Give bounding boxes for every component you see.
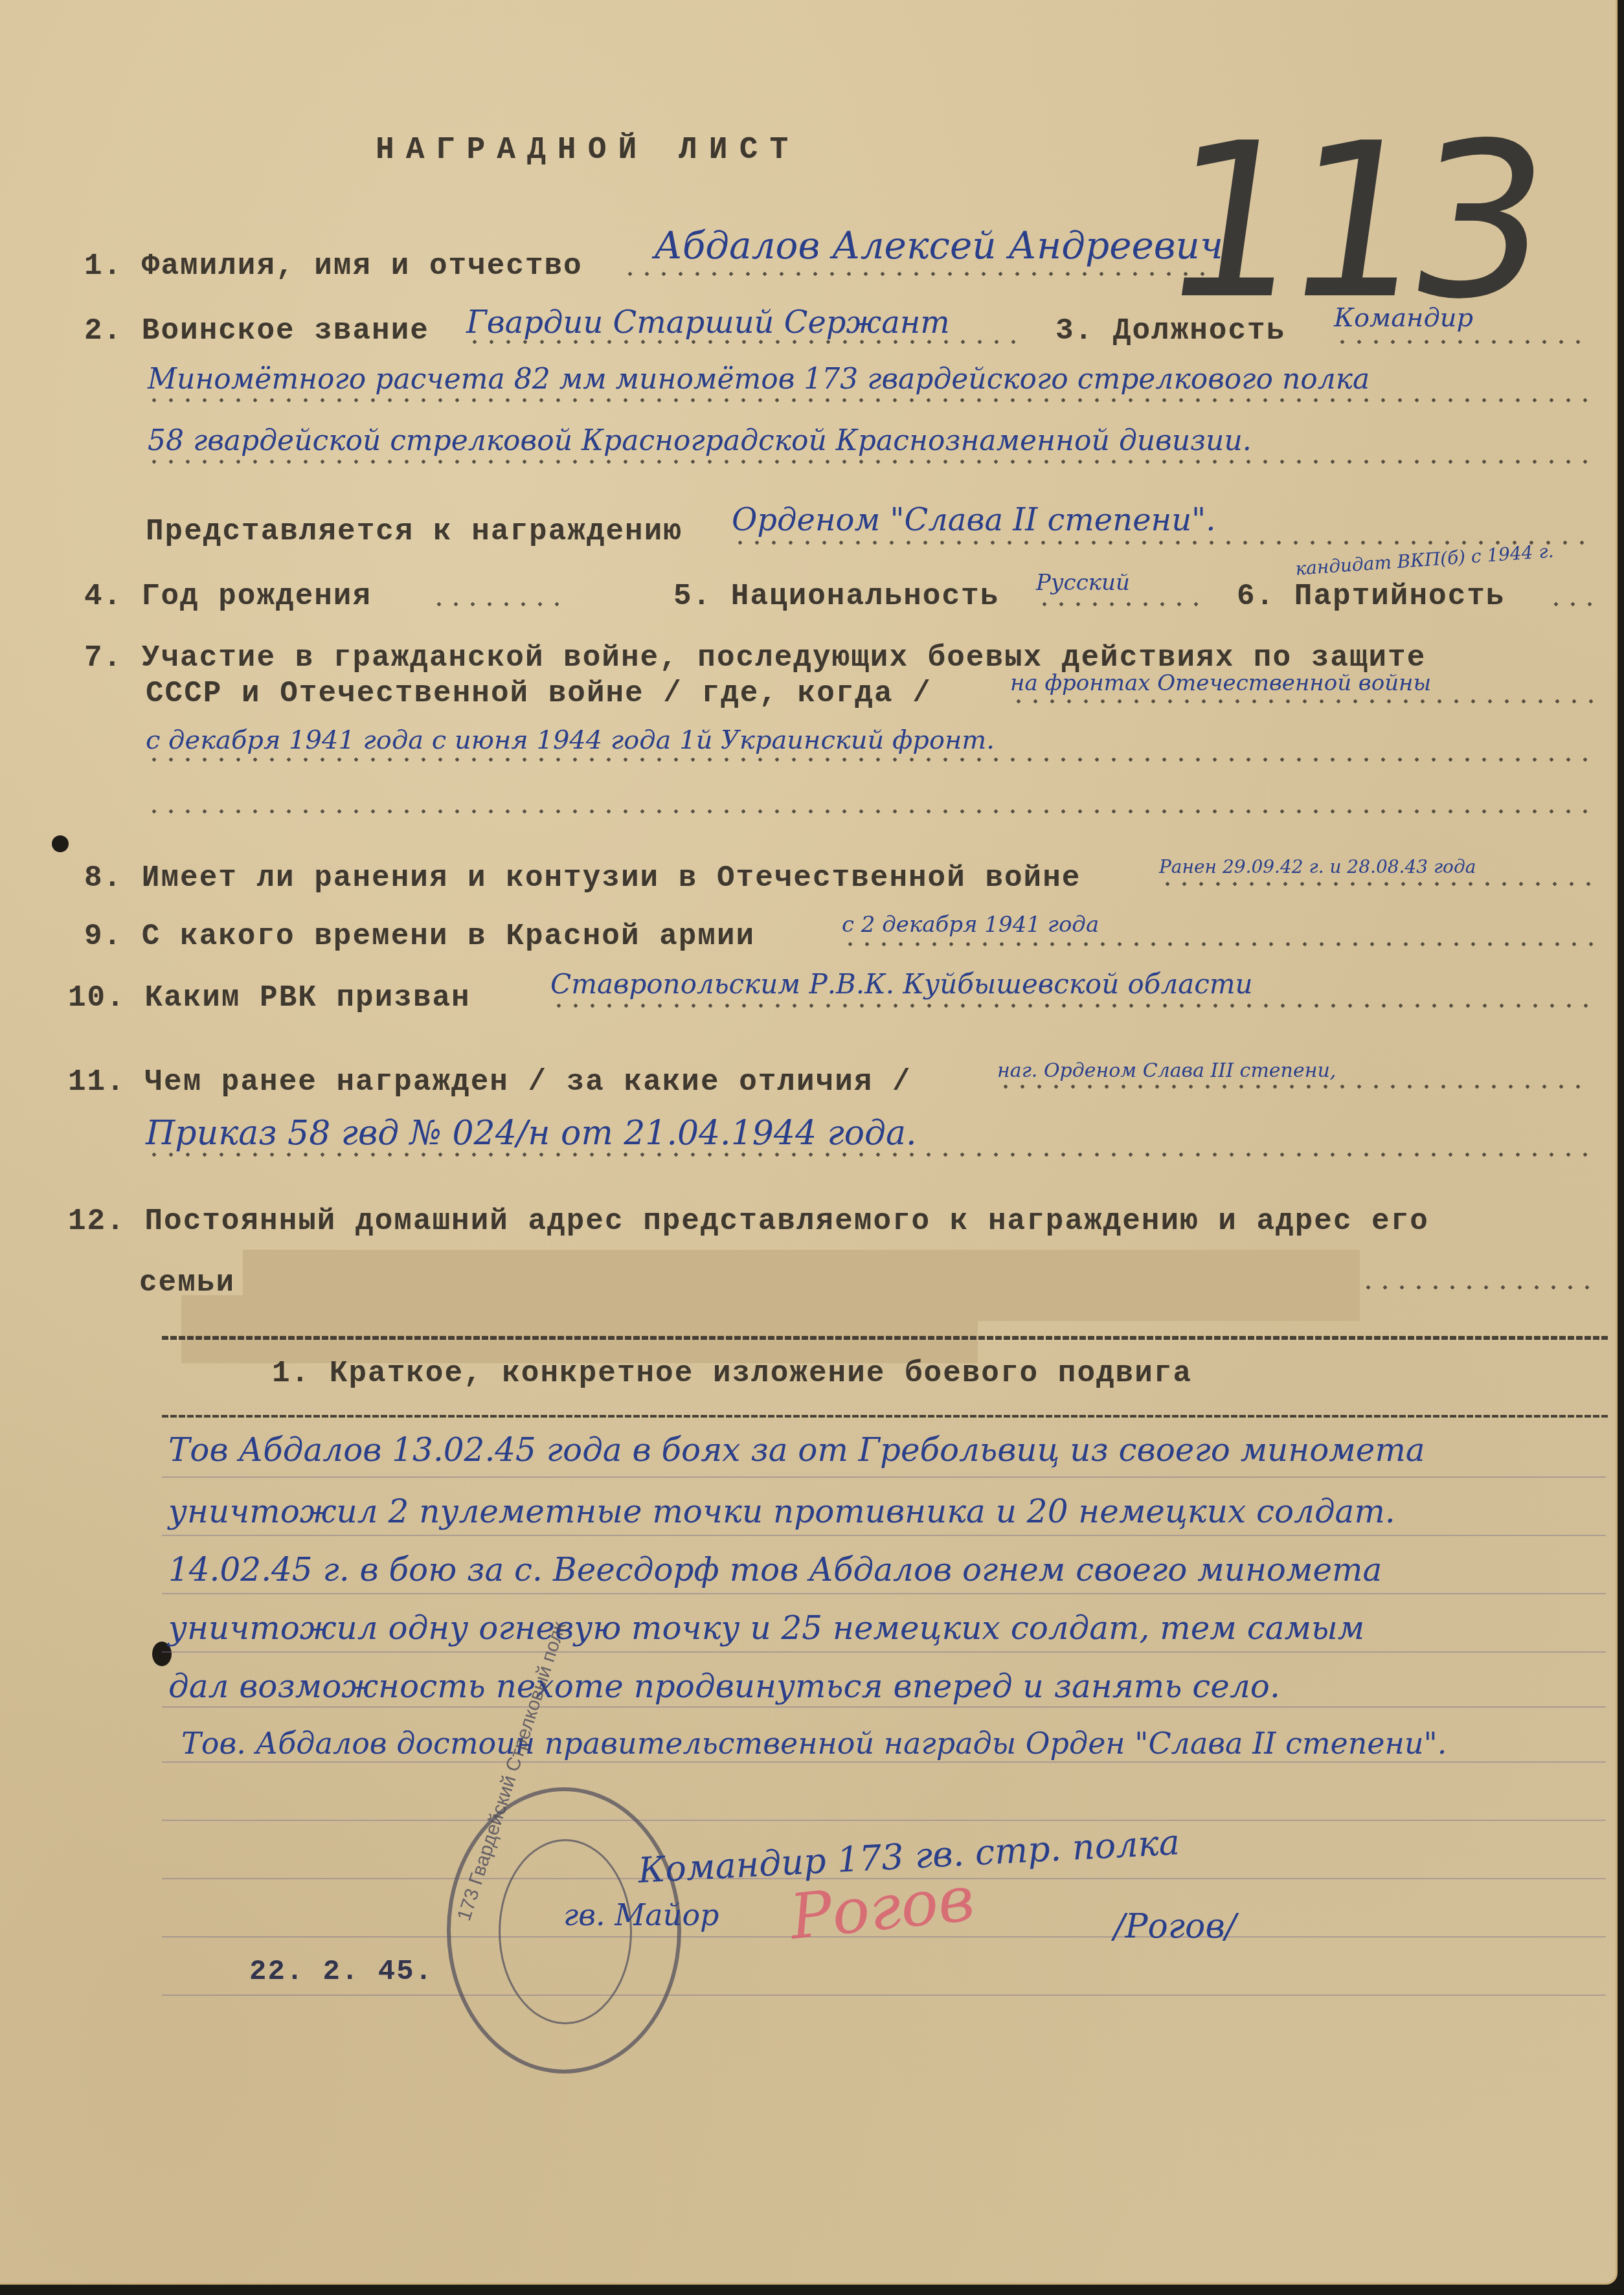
document-page: НАГРАДНОЙ ЛИСТ 113 1. Фамилия, имя и отч… [0, 0, 1618, 2285]
field-1-value: Абдалов Алексей Андреевич [654, 223, 1223, 267]
field-3-label: 3. Должность [1055, 314, 1285, 348]
narrative-line: 14.02.45 г. в бою за с. Веесдорф тов Абд… [168, 1551, 1382, 1588]
field-7-value-cont: с декабря 1941 года с июня 1944 года 1й … [146, 725, 995, 755]
field-9-value: с 2 декабря 1941 года [842, 912, 1099, 938]
document-title: НАГРАДНОЙ ЛИСТ [376, 133, 800, 168]
fill-line [466, 340, 1017, 344]
field-3-value-cont: Миномётного расчета 82 мм миномётов 173 … [148, 363, 1370, 396]
field-1-label: 1. Фамилия, имя и отчество [84, 249, 583, 283]
field-2-label: 2. Воинское звание [84, 314, 429, 348]
document-date: 22. 2. 45. [249, 1956, 433, 1988]
redacted-address [181, 1295, 978, 1363]
field-7-label-cont: СССР и Отечественной войне / где, когда … [146, 677, 932, 710]
fill-line [1334, 340, 1593, 344]
fill-line [146, 758, 1593, 762]
fill-line [146, 809, 1593, 813]
field-12-label: 12. Постоянный домашний адрес представля… [68, 1204, 1429, 1238]
fill-line [146, 460, 1593, 464]
commander-rank: гв. Майор [563, 1897, 719, 1932]
field-5-value: Русский [1036, 570, 1130, 596]
ruled-line [162, 1651, 1606, 1653]
ruled-line [162, 1535, 1606, 1536]
ruled-line [162, 1476, 1606, 1478]
field-11-label: 11. Чем ранее награжден / за какие отлич… [68, 1065, 912, 1099]
ruled-line [162, 1593, 1606, 1594]
narrative-line: Тов. Абдалов достоин правительственной н… [181, 1726, 1447, 1761]
fill-line [997, 1085, 1593, 1089]
fill-line [622, 272, 1204, 276]
field-6-label: 6. Партийность [1237, 580, 1505, 613]
fill-line [1360, 1285, 1593, 1289]
punch-hole [52, 835, 69, 852]
ruled-line [162, 1820, 1606, 1821]
field-6-value: кандидат ВКП(б) с 1944 г. [1294, 540, 1554, 580]
fill-line [550, 1004, 1593, 1008]
field-10-value: Ставропольским Р.В.К. Куйбышевской облас… [550, 968, 1253, 1000]
separator-line [162, 1415, 1609, 1418]
fill-line [732, 541, 1593, 545]
fill-line [1548, 602, 1599, 606]
field-8-value: Ранен 29.09.42 г. и 28.08.43 года [1159, 856, 1476, 877]
field-3-value: Командир [1334, 303, 1473, 333]
field-2-value: Гвардии Старший Сержант [466, 304, 950, 341]
nominated-label: Представляется к награждению [146, 515, 682, 548]
field-10-label: 10. Каким РВК призван [68, 981, 471, 1015]
field-11-value: наг. Орденом Слава III степени, [997, 1059, 1336, 1082]
fill-line [1159, 882, 1593, 886]
narrative-line: дал возможность пехоте продвинуться впер… [168, 1668, 1280, 1705]
commander-name: /Рогов/ [1114, 1907, 1236, 1946]
field-5-label: 5. Национальность [673, 580, 999, 613]
ruled-line [162, 1995, 1606, 1996]
fill-line [146, 1153, 1593, 1157]
narrative-line: Тов Абдалов 13.02.45 года в боях за от Г… [168, 1431, 1425, 1469]
field-3-value-cont: 58 гвардейской стрелковой Красноградской… [148, 424, 1252, 457]
nominated-value: Орденом "Слава II степени". [732, 502, 1215, 538]
field-11-value-cont: Приказ 58 гвд № 024/н от 21.04.1944 года… [146, 1114, 917, 1153]
ruled-line [162, 1761, 1606, 1763]
field-7-value: на фронтах Отечественной войны [1010, 670, 1431, 696]
fill-line [842, 942, 1593, 946]
narrative-line: уничтожил одну огневую точку и 25 немецк… [168, 1609, 1364, 1647]
fill-line [146, 398, 1593, 402]
narrative-line: уничтожил 2 пулеметные точки противника … [168, 1493, 1395, 1530]
field-9-label: 9. С какого времени в Красной армии [84, 920, 755, 953]
fill-line [1036, 602, 1204, 606]
ruled-line [162, 1706, 1606, 1708]
section-title: 1. Краткое, конкретное изложение боевого… [272, 1357, 1192, 1390]
field-4-label: 4. Год рождения [84, 580, 372, 613]
field-8-label: 8. Имеет ли ранения и контузии в Отечест… [84, 861, 1081, 895]
separator-line [162, 1336, 1609, 1340]
fill-line [431, 602, 567, 606]
fill-line [1010, 699, 1593, 703]
